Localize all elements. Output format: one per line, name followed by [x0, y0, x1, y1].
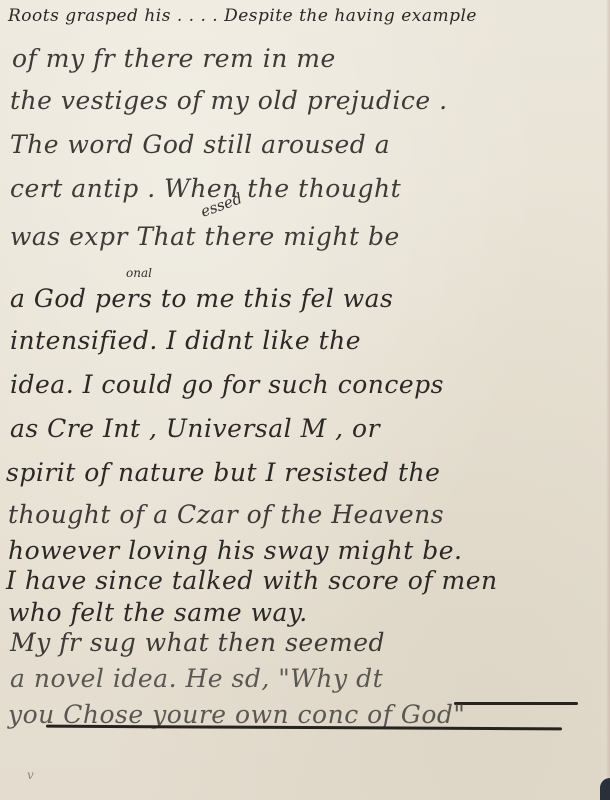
text-line-3: the vestiges of my old prejudice . [10, 86, 448, 115]
text-line-13: however loving his sway might be. [8, 536, 463, 565]
text-line-7: a God pers to me this fel was [10, 284, 393, 313]
text-line-5: cert antip . When the thought [10, 174, 401, 203]
insertion-onal: onal [126, 266, 152, 280]
text-line-11: spirit of nature but I resisted the [6, 458, 440, 487]
text-line-1: Roots grasped his . . . . Despite the ha… [8, 6, 477, 26]
text-line-2: of my fr there rem in me [12, 44, 336, 73]
text-line-10: as Cre Int , Universal M , or [10, 414, 380, 443]
text-line-8: intensified. I didnt like the [10, 326, 361, 355]
text-line-12: thought of a Czar of the Heavens [8, 500, 444, 529]
text-line-9: idea. I could go for such conceps [10, 370, 444, 399]
text-line-6: was expr That there might be [10, 222, 400, 251]
page-edge [606, 0, 610, 800]
underline-conc-of-god [46, 725, 562, 731]
corner-ink-mark [600, 778, 610, 800]
text-line-16: My fr sug what then seemed [10, 628, 385, 657]
underline-why-dt [454, 702, 578, 705]
margin-mark-v: v [27, 768, 34, 782]
text-line-14: I have since talked with score of men [6, 566, 498, 595]
manuscript-page: Roots grasped his . . . . Despite the ha… [0, 0, 610, 800]
text-line-15: who felt the same way. [8, 598, 308, 627]
text-line-17: a novel idea. He sd, "Why dt [10, 664, 383, 693]
text-line-4: The word God still aroused a [10, 130, 390, 159]
